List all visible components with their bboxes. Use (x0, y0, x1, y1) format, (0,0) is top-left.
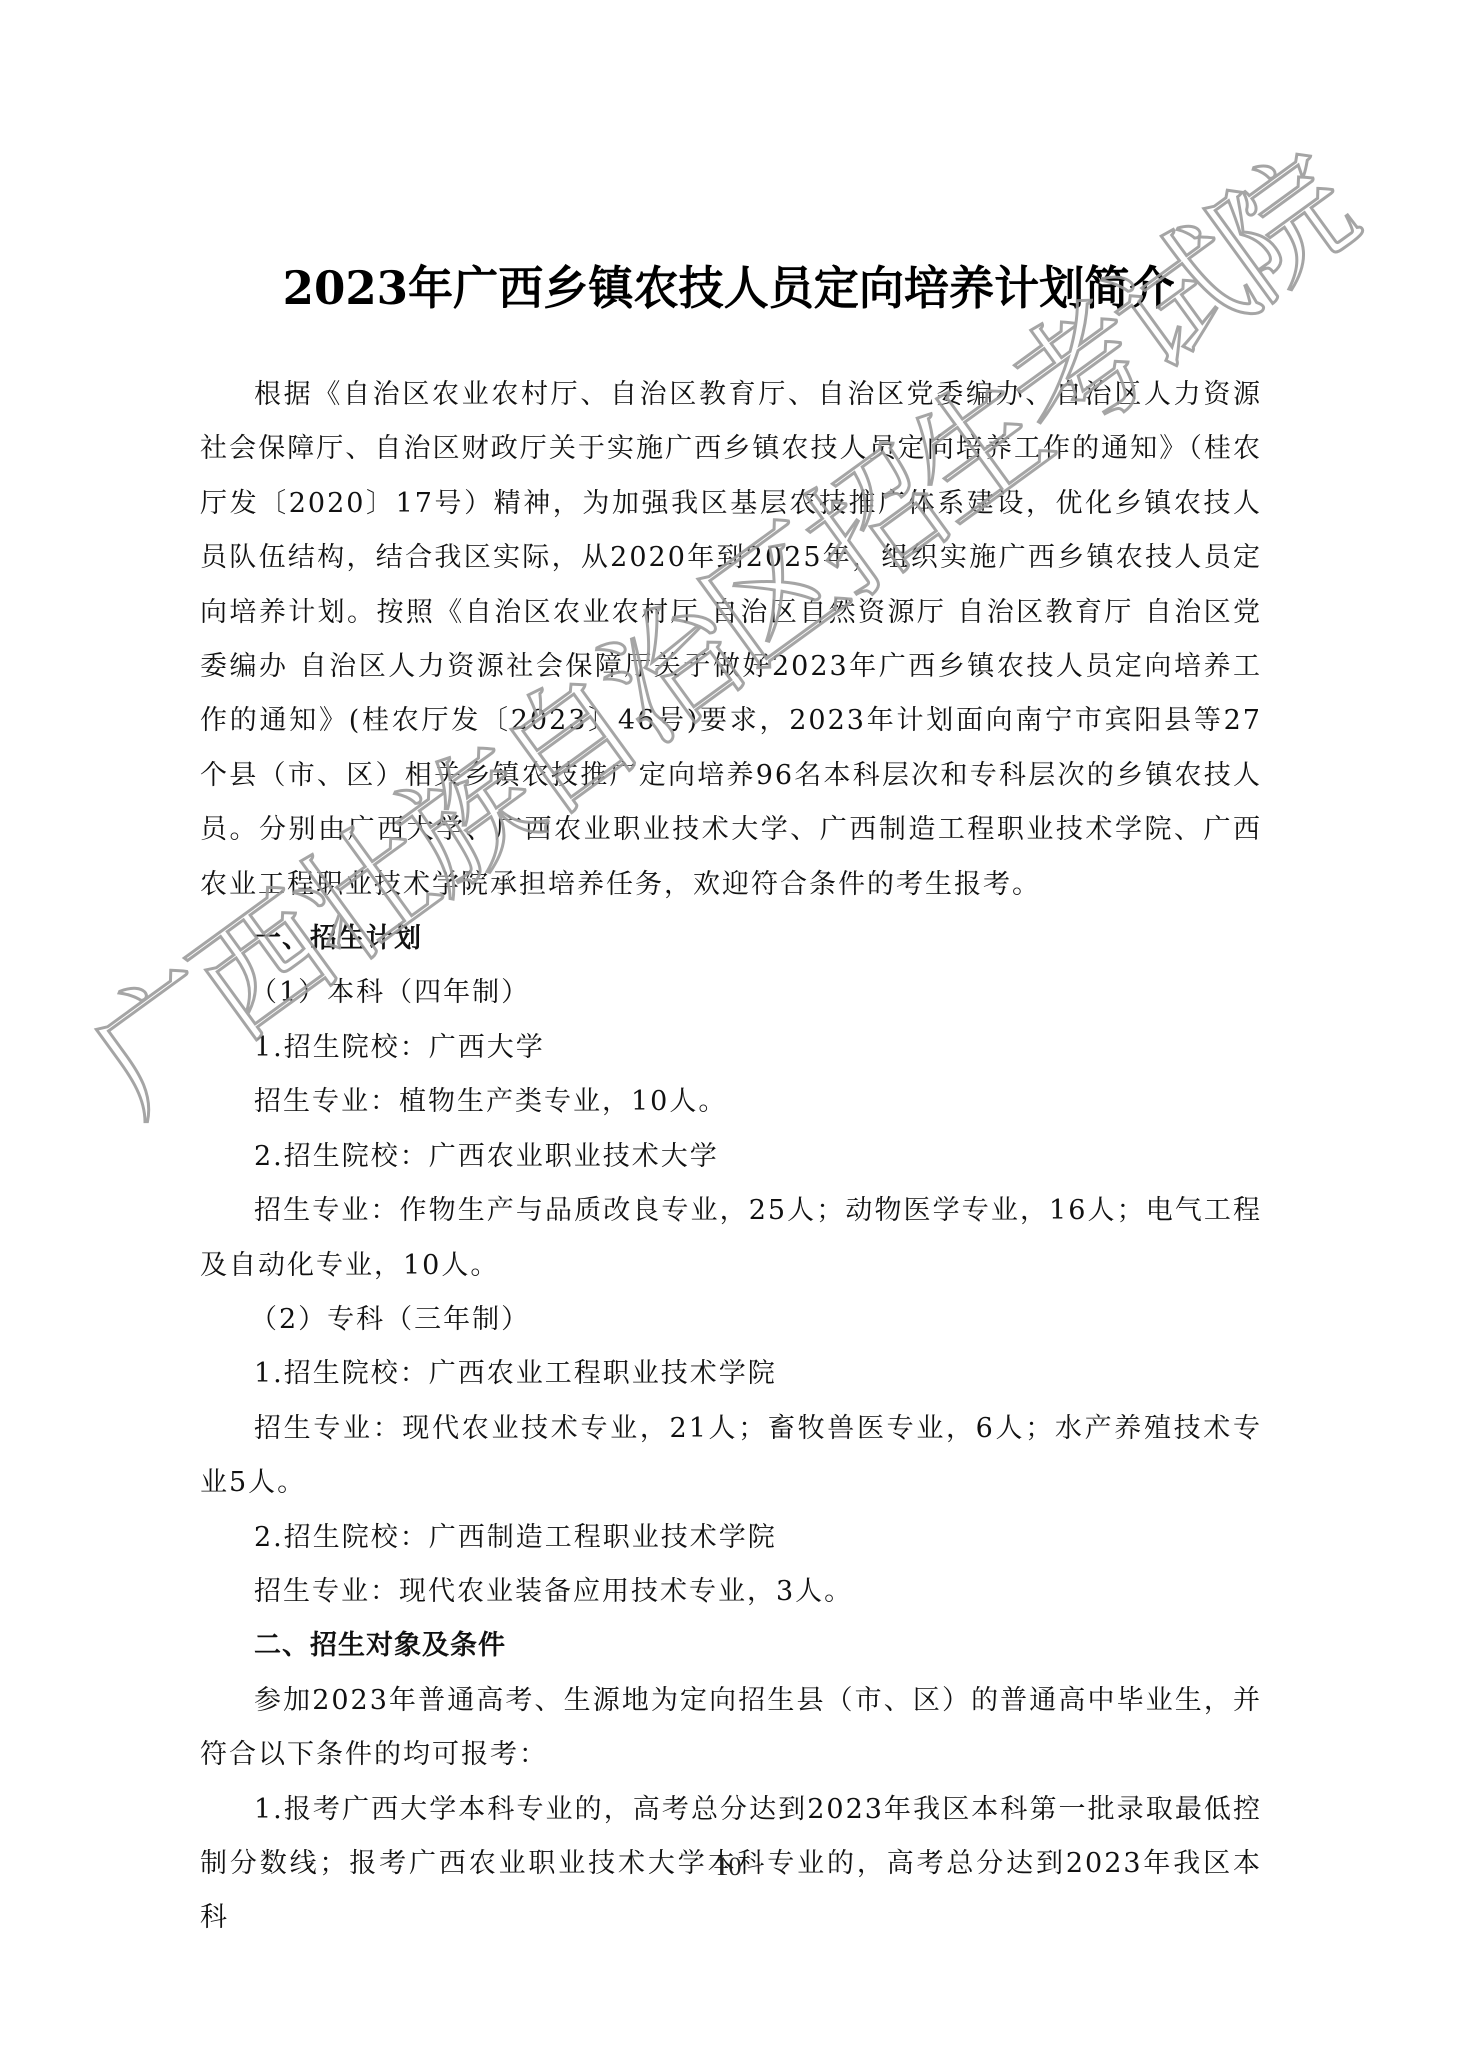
school-line: 1.招生院校：广西大学 (200, 1021, 1262, 1075)
school-line: 2.招生院校：广西农业职业技术大学 (200, 1130, 1262, 1184)
majors-line: 招生专业：现代农业装备应用技术专业，3人。 (200, 1565, 1262, 1619)
majors-line: 招生专业：作物生产与品质改良专业，25人；动物医学专业，16人；电气工程及自动化… (200, 1184, 1262, 1293)
section-heading-enrollment-plan: 一、招生计划 (200, 912, 1262, 966)
page-number: 10 (0, 1852, 1457, 1882)
majors-line: 招生专业：植物生产类专业，10人。 (200, 1075, 1262, 1129)
eligibility-intro: 参加2023年普通高考、生源地为定向招生县（市、区）的普通高中毕业生，并符合以下… (200, 1674, 1262, 1783)
document-title: 2023年广西乡镇农技人员定向培养计划简介 (15, 258, 1443, 318)
document-page: 2023年广西乡镇农技人员定向培养计划简介 根据《自治区农业农村厅、自治区教育厅… (0, 0, 1457, 2047)
document-body: 根据《自治区农业农村厅、自治区教育厅、自治区党委编办、自治区人力资源社会保障厅、… (200, 368, 1262, 1946)
majors-line: 招生专业：现代农业技术专业，21人；畜牧兽医专业，6人；水产养殖技术专业5人。 (200, 1402, 1262, 1511)
intro-paragraph: 根据《自治区农业农村厅、自治区教育厅、自治区党委编办、自治区人力资源社会保障厅、… (200, 368, 1262, 912)
school-line: 1.招生院校：广西农业工程职业技术学院 (200, 1347, 1262, 1401)
subsection-label-undergraduate: （1）本科（四年制） (200, 966, 1262, 1020)
school-line: 2.招生院校：广西制造工程职业技术学院 (200, 1511, 1262, 1565)
section-heading-eligibility: 二、招生对象及条件 (200, 1619, 1262, 1673)
subsection-label-vocational: （2）专科（三年制） (200, 1293, 1262, 1347)
